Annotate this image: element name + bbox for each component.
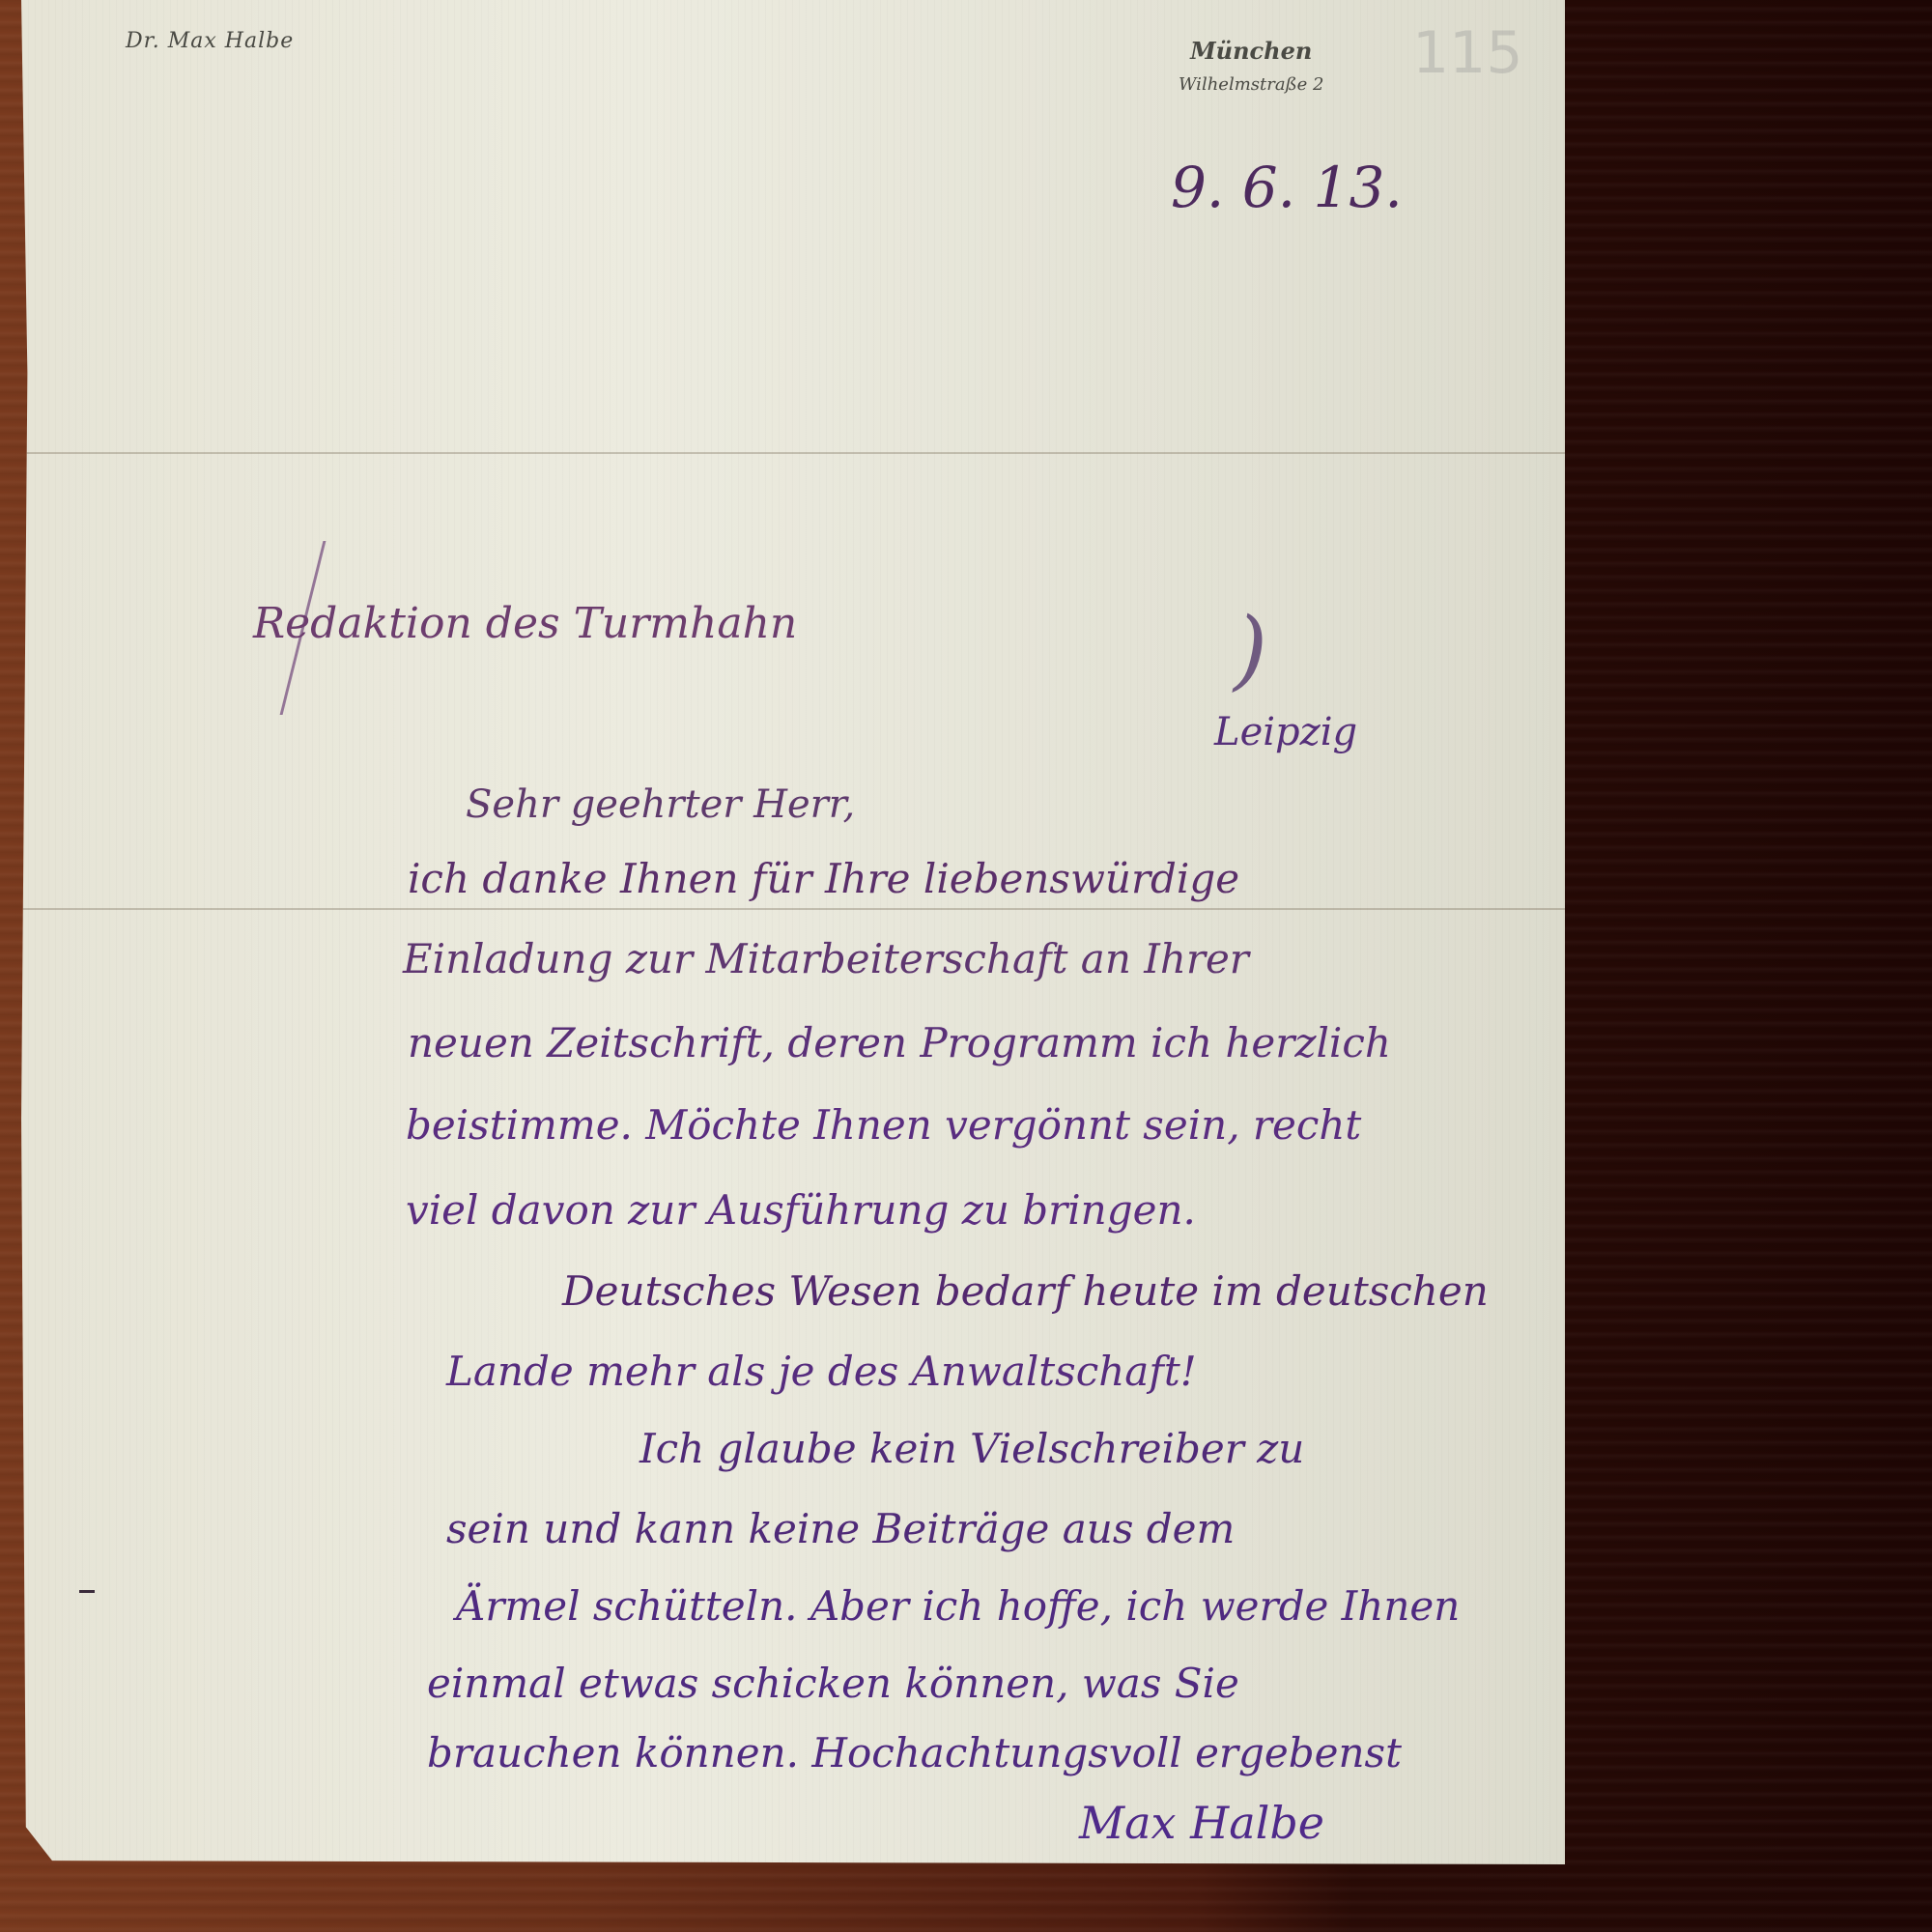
pencil-annotation: 115 xyxy=(1412,19,1523,87)
body-line-1: ich danke Ihnen für Ihre liebenswürdige xyxy=(408,855,1239,902)
letterhead-city: München xyxy=(1179,37,1323,65)
letterhead-name: Dr. Max Halbe xyxy=(126,29,294,53)
body-line-2: Einladung zur Mitarbeiterschaft an Ihrer xyxy=(403,935,1249,982)
signature: Max Halbe xyxy=(1079,1797,1324,1849)
bracket-mark: ) xyxy=(1234,599,1267,700)
letter-sheet: Dr. Max Halbe München Wilhelmstraße 2 11… xyxy=(21,0,1565,1864)
body-line-4: beistimme. Möchte Ihnen vergönnt sein, r… xyxy=(406,1101,1361,1149)
body-line-10: Ärmel schütteln. Aber ich hoffe, ich wer… xyxy=(456,1582,1460,1630)
body-line-3: neuen Zeitschrift, deren Programm ich he… xyxy=(408,1019,1391,1066)
letter-date: 9. 6. 13. xyxy=(1171,155,1403,220)
body-line-11: einmal etwas schicken können, was Sie xyxy=(427,1660,1239,1707)
body-line-9: sein und kann keine Beiträge aus dem xyxy=(446,1505,1235,1552)
body-line-6: Deutsches Wesen bedarf heute im deutsche… xyxy=(562,1267,1489,1315)
body-line-12: brauchen können. Hochachtungsvoll ergebe… xyxy=(427,1729,1402,1776)
body-line-5: viel davon zur Ausführung zu bringen. xyxy=(406,1186,1196,1234)
addressee-city: Leipzig xyxy=(1214,710,1357,754)
letterhead-street: Wilhelmstraße 2 xyxy=(1179,74,1323,95)
letterhead-address: München Wilhelmstraße 2 xyxy=(1179,37,1323,95)
fold-line-upper xyxy=(21,452,1565,454)
body-line-8: Ich glaube kein Vielschreiber zu xyxy=(639,1425,1304,1472)
fold-line-lower xyxy=(21,908,1565,910)
body-line-7: Lande mehr als je des Anwaltschaft! xyxy=(446,1348,1197,1395)
salutation: Sehr geehrter Herr, xyxy=(466,782,855,827)
addressee-line: Redaktion des Turmhahn xyxy=(253,599,797,648)
ink-speck xyxy=(79,1590,95,1593)
